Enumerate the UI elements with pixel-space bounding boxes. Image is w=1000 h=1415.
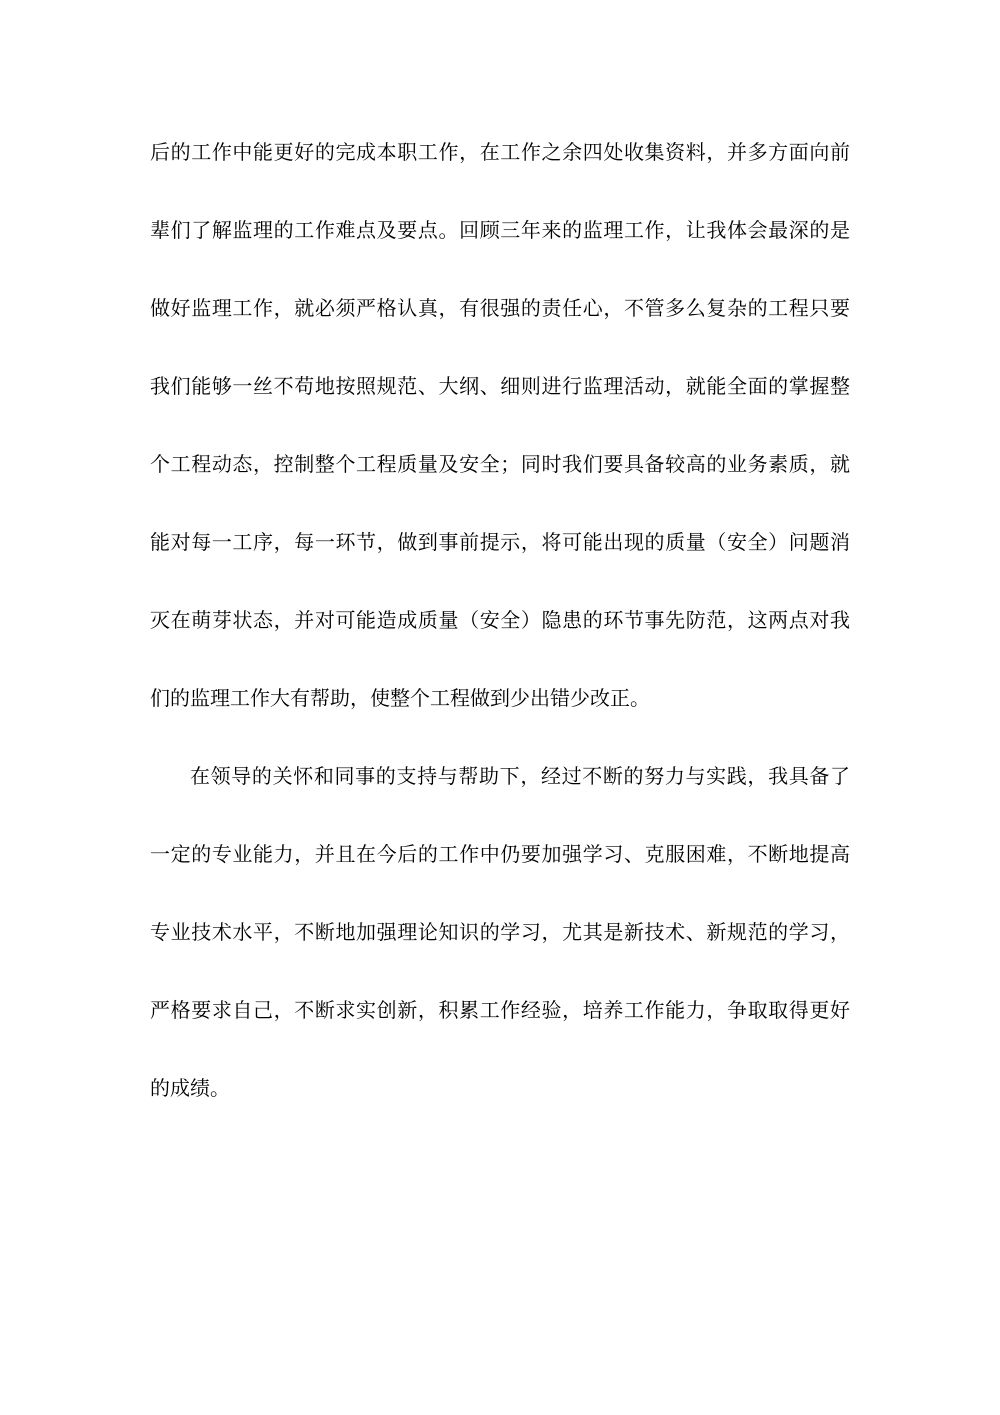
text-line: 个工程动态，控制整个工程质量及安全；同时我们要具备较高的业务素质，就 [150,426,850,504]
text-line: 能对每一工序，每一环节，做到事前提示，将可能出现的质量（安全）问题消 [150,504,850,582]
text-line: 后的工作中能更好的完成本职工作，在工作之余四处收集资料，并多方面向前 [150,114,850,192]
text-line: 专业技术水平，不断地加强理论知识的学习，尤其是新技术、新规范的学习， [150,894,850,972]
text-line: 做好监理工作，就必须严格认真，有很强的责任心，不管多么复杂的工程只要 [150,270,850,348]
text-line: 灭在萌芽状态，并对可能造成质量（安全）隐患的环节事先防范，这两点对我 [150,582,850,660]
document-body: 后的工作中能更好的完成本职工作，在工作之余四处收集资料，并多方面向前辈们了解监理… [150,114,850,1128]
text-line: 辈们了解监理的工作难点及要点。回顾三年来的监理工作，让我体会最深的是 [150,192,850,270]
document-page: 后的工作中能更好的完成本职工作，在工作之余四处收集资料，并多方面向前辈们了解监理… [0,0,1000,1415]
text-line: 我们能够一丝不苟地按照规范、大纲、细则进行监理活动，就能全面的掌握整 [150,348,850,426]
text-line: 的成绩。 [150,1050,850,1128]
text-line: 一定的专业能力，并且在今后的工作中仍要加强学习、克服困难，不断地提高 [150,816,850,894]
text-line: 们的监理工作大有帮助，使整个工程做到少出错少改正。 [150,660,850,738]
text-line: 严格要求自己，不断求实创新，积累工作经验，培养工作能力，争取取得更好 [150,972,850,1050]
text-line: 在领导的关怀和同事的支持与帮助下，经过不断的努力与实践，我具备了 [150,738,850,816]
